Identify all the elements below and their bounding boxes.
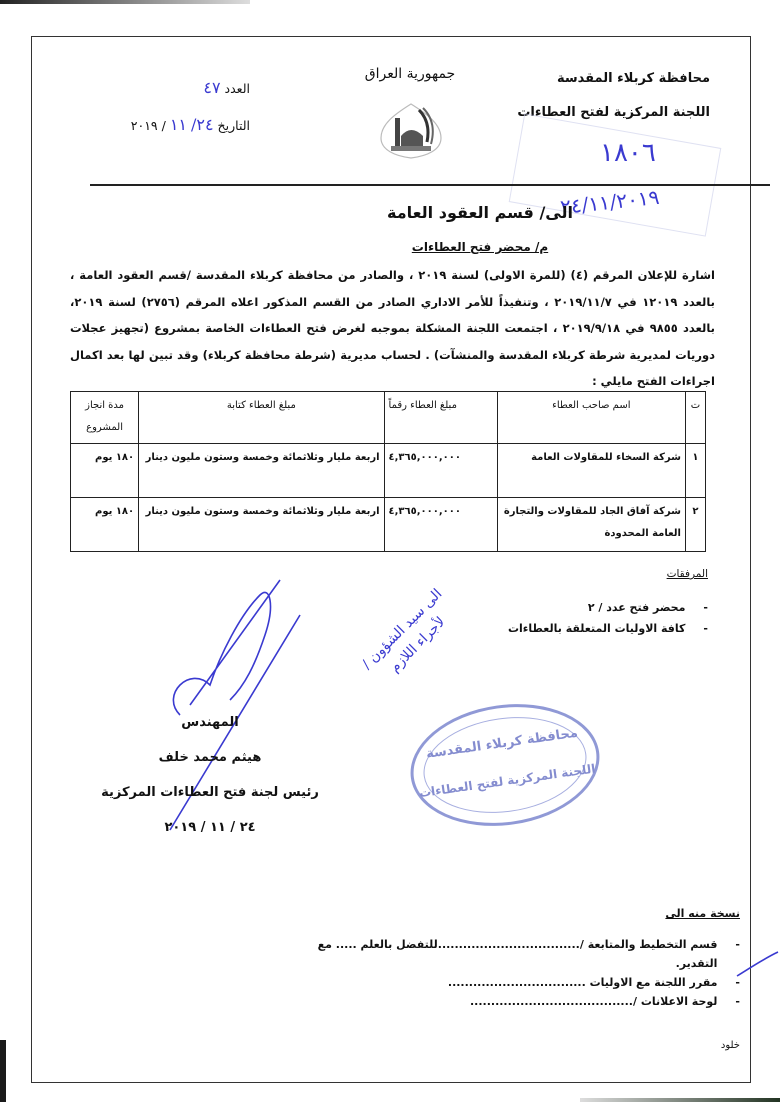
copy-text: لوحة الاعلانات /........................… <box>470 992 717 1011</box>
addressee: الى/ قسم العقود العامة <box>300 203 660 222</box>
bidder-name: شركة آفاق الجاد للمقاولات والتجارة العام… <box>497 498 685 552</box>
copies-list: -قسم التخطيط والمتابعة /................… <box>290 935 740 1011</box>
scan-edge <box>580 1098 780 1102</box>
signature-block: المهندس هيثم محمد خلف رئيس لجنة فتح العط… <box>95 705 325 845</box>
bullet-dash: - <box>703 597 708 618</box>
number-label: العدد <box>225 81 250 96</box>
reference-number: العدد ٤٧ <box>90 70 250 107</box>
column-header-number: ت <box>685 392 705 444</box>
subject-text: م/ محضر فتح العطاءات <box>412 240 548 254</box>
signatory-name: هيثم محمد خلف <box>95 740 325 775</box>
copy-item: -قسم التخطيط والمتابعة /................… <box>290 935 740 973</box>
duration: ١٨٠ يوم <box>71 444 139 498</box>
attachment-text: كافة الاوليات المتعلقة بالعطاءات <box>508 618 685 639</box>
amount-words: اربعة مليار وثلاثمائة وخمسة وستون مليون … <box>139 498 384 552</box>
copies-title: نسخة منه الى <box>665 907 740 920</box>
column-header-bidder: اسم صاحب العطاء <box>497 392 685 444</box>
date-day: ٢٤/ <box>191 115 214 134</box>
governorate-name: محافظة كربلاء المقدسة <box>470 62 710 96</box>
attachment-item: -محضر فتح عدد / ٢ <box>448 597 708 618</box>
attachments-title: المرفقات <box>667 568 708 580</box>
signatory-position: رئيس لجنة فتح العطاءات المركزية <box>95 775 325 810</box>
amount-words: اربعة مليار وثلاثمائة وخمسة وستون مليون … <box>139 444 384 498</box>
row-number: ١ <box>685 444 705 498</box>
subject-line: م/ محضر فتح العطاءات <box>300 240 660 254</box>
attachment-item: -كافة الاوليات المتعلقة بالعطاءات <box>448 618 708 639</box>
letterhead-issuer: محافظة كربلاء المقدسة اللجنة المركزية لف… <box>470 62 710 130</box>
signatory-title: المهندس <box>95 705 325 740</box>
column-header-amount-numeric: مبلغ العطاء رقماً <box>384 392 497 444</box>
row-number: ٢ <box>685 498 705 552</box>
column-header-amount-words: مبلغ العطاء كتابة <box>139 392 384 444</box>
bullet-dash: - <box>703 618 708 639</box>
table-row: ٢ شركة آفاق الجاد للمقاولات والتجارة الع… <box>71 498 706 552</box>
signature-date: ٢٤ / ١١ / ٢٠١٩ <box>95 810 325 845</box>
copy-item: -مقرر اللجنة مع الاوليات ...............… <box>290 973 740 992</box>
scan-edge <box>0 0 250 4</box>
letter-body: اشارة للإعلان المرقم (٤) (للمرة الاولى) … <box>70 262 715 395</box>
bids-table: ت اسم صاحب العطاء مبلغ العطاء رقماً مبلغ… <box>70 391 706 552</box>
emblem-logo-icon <box>375 102 447 160</box>
copy-item: -لوحة الاعلانات /.......................… <box>290 992 740 1011</box>
received-number: ١٨٠٦ <box>600 138 656 168</box>
date-month: ١١ <box>170 115 187 134</box>
column-header-duration: مدة انجاز المشروع <box>71 392 139 444</box>
check-mark-icon <box>735 950 780 980</box>
country-name: جمهورية العراق <box>345 66 475 82</box>
date-label: التاريخ <box>218 118 250 133</box>
copy-text: مقرر اللجنة مع الاوليات ................… <box>448 973 718 992</box>
attachment-text: محضر فتح عدد / ٢ <box>588 597 686 618</box>
attachments-list: -محضر فتح عدد / ٢ -كافة الاوليات المتعلق… <box>448 597 708 639</box>
scan-edge <box>0 1040 6 1102</box>
header-divider <box>90 184 770 186</box>
table-header-row: ت اسم صاحب العطاء مبلغ العطاء رقماً مبلغ… <box>71 392 706 444</box>
number-value: ٤٧ <box>203 78 220 97</box>
duration: ١٨٠ يوم <box>71 498 139 552</box>
date-year: / ٢٠١٩ <box>131 118 166 133</box>
amount-numeric: ٤,٣٦٥,٠٠٠,٠٠٠ <box>384 444 497 498</box>
table-row: ١ شركة السخاء للمقاولات العامة ٤,٣٦٥,٠٠٠… <box>71 444 706 498</box>
typist-initials: خلود <box>721 1040 740 1051</box>
amount-numeric: ٤,٣٦٥,٠٠٠,٠٠٠ <box>384 498 497 552</box>
bidder-name: شركة السخاء للمقاولات العامة <box>497 444 685 498</box>
bullet-dash: - <box>735 992 740 1011</box>
copy-text: قسم التخطيط والمتابعة /.................… <box>290 935 717 973</box>
reference-date: التاريخ ٢٤/ ١١ / ٢٠١٩ <box>90 107 250 144</box>
reference-block: العدد ٤٧ التاريخ ٢٤/ ١١ / ٢٠١٩ <box>90 70 250 144</box>
